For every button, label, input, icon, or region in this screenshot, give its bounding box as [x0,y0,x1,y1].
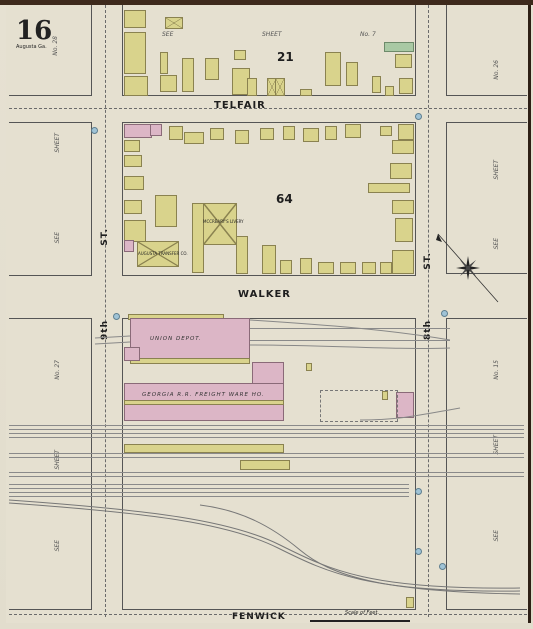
rail-curves [0,0,533,629]
fire-hydrant-icon [439,563,446,570]
fire-hydrant-icon [91,127,98,134]
compass-rose-icon [436,234,498,302]
fire-hydrant-icon [415,113,422,120]
fire-hydrant-icon [415,488,422,495]
fire-hydrant-icon [441,310,448,317]
fire-hydrant-icon [415,548,422,555]
sanborn-map-sheet: 16 Augusta Ga. No. 28 TELFAIR WALKER FEN… [0,0,533,629]
fire-hydrant-icon [113,313,120,320]
scale-label: Scale of Feet. [345,610,379,616]
scale-bar [310,620,410,622]
